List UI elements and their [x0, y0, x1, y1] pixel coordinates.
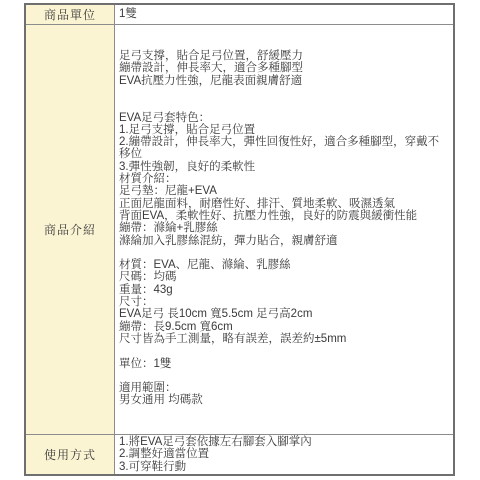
table-row-usage: 使用方式 1.將EVA足弓套依據左右腳套入腳掌內 2.調整好適當位置 3.可穿鞋…: [25, 435, 454, 475]
row-label-description: 商品介紹: [25, 24, 115, 435]
page-background: 商品單位 1雙 商品介紹 足弓支撐，貼合足弓位置，舒緩壓力 繃帶設計，伸長率大，…: [0, 0, 480, 480]
table-row-unit: 商品單位 1雙: [25, 4, 454, 24]
row-content-description: 足弓支撐，貼合足弓位置，舒緩壓力 繃帶設計，伸長率大，適合多種腳型 EVA抗壓力…: [115, 24, 455, 435]
product-info-table: 商品單位 1雙 商品介紹 足弓支撐，貼合足弓位置，舒緩壓力 繃帶設計，伸長率大，…: [24, 3, 455, 476]
table-row-description: 商品介紹 足弓支撐，貼合足弓位置，舒緩壓力 繃帶設計，伸長率大，適合多種腳型 E…: [25, 24, 454, 435]
row-content-usage: 1.將EVA足弓套依據左右腳套入腳掌內 2.調整好適當位置 3.可穿鞋行動: [115, 435, 455, 475]
row-content-unit: 1雙: [115, 4, 455, 24]
row-label-unit: 商品單位: [25, 4, 115, 24]
row-label-usage: 使用方式: [25, 435, 115, 475]
